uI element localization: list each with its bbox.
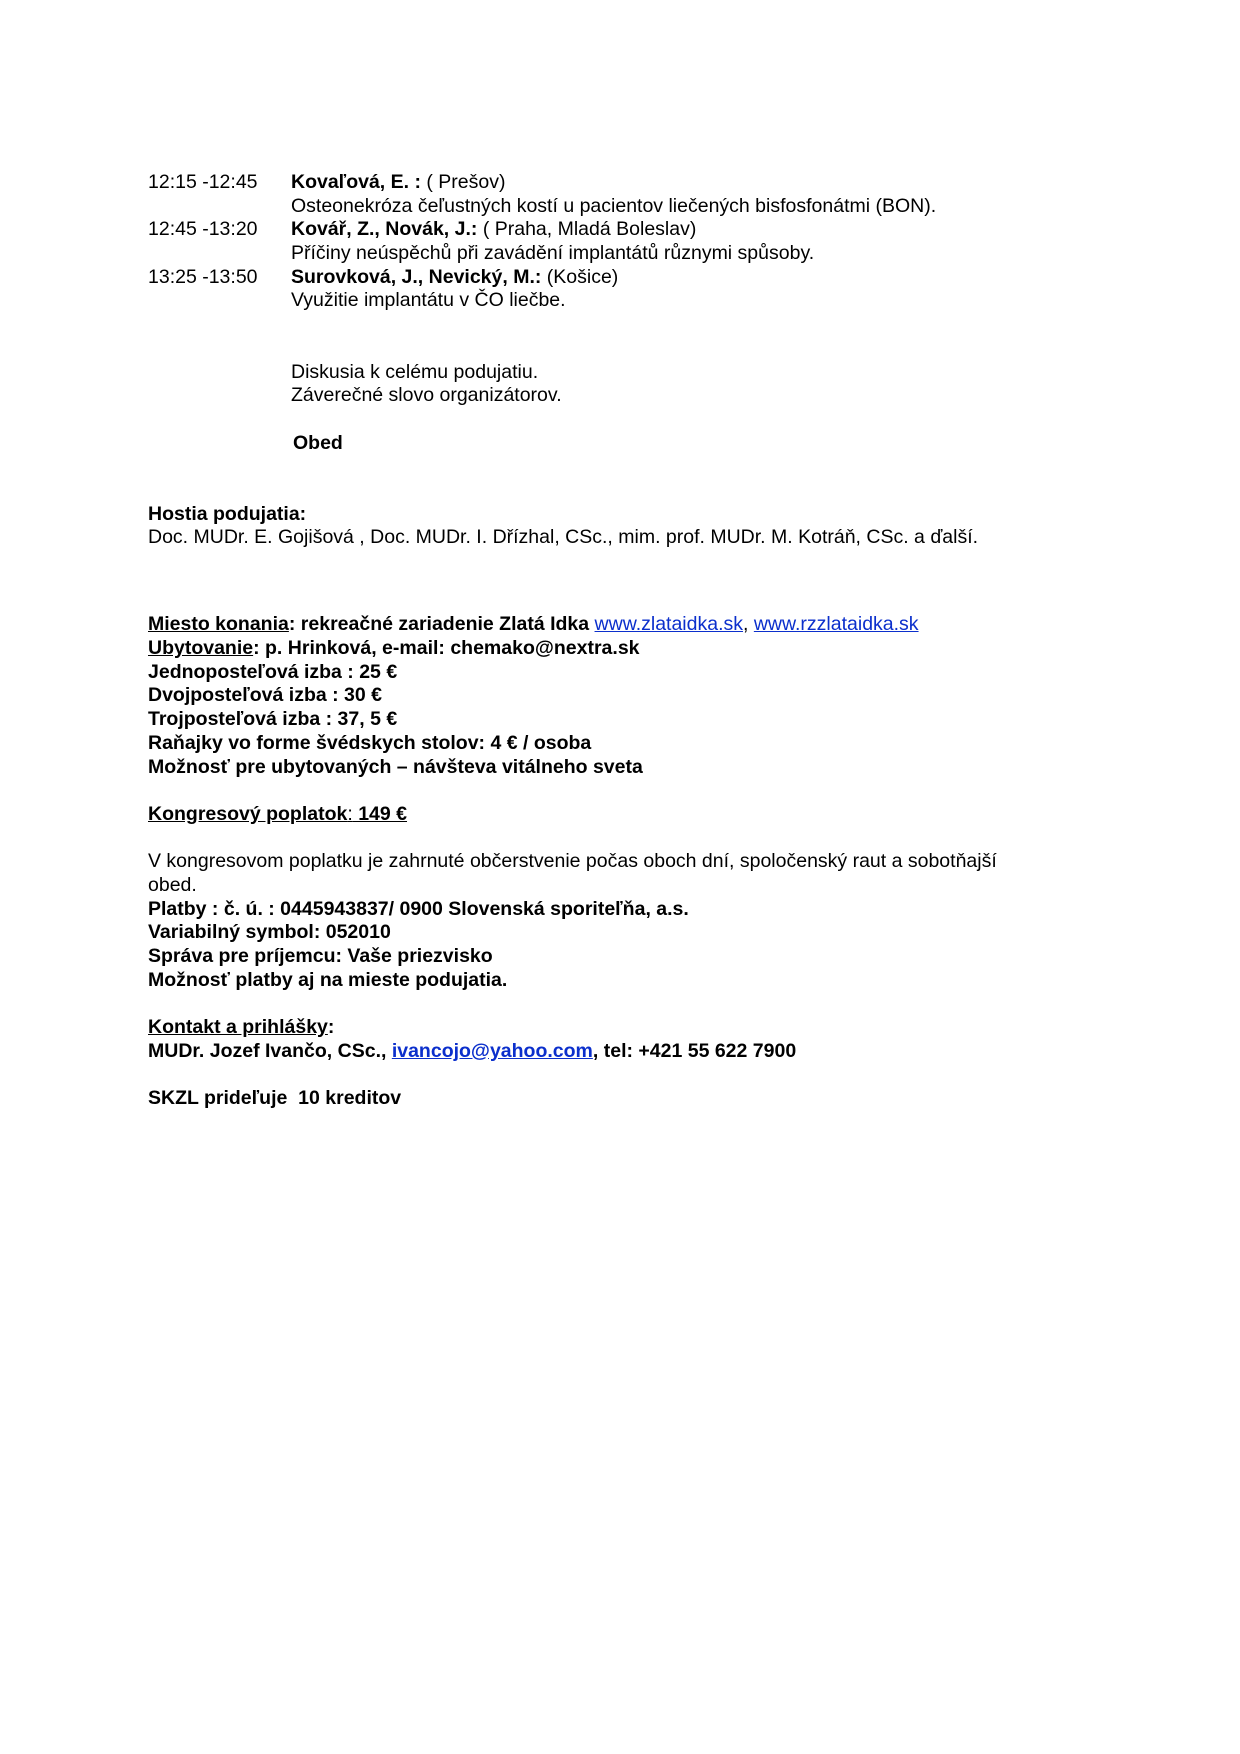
schedule-title: Osteonekróza čeľustných kostí u paciento… (148, 195, 1108, 219)
final-word-text: Záverečné slovo organizátorov. (148, 384, 1108, 408)
breakfast-price: Raňajky vo forme švédskych stolov: 4 € /… (148, 732, 1108, 756)
guests-names: Doc. MUDr. E. Gojišová , Doc. MUDr. I. D… (148, 526, 1108, 550)
payment-onsite: Možnosť platby aj na mieste podujatia. (148, 969, 1108, 993)
schedule-time: 12:15 -12:45 (148, 171, 291, 195)
schedule-item: 13:25 -13:50 Surovková, J., Nevický, M.:… (148, 266, 1108, 313)
fee-note-line1: V kongresovom poplatku je zahrnuté občer… (148, 850, 1108, 874)
fee-value: 149 € (353, 803, 407, 825)
wellness-option: Možnosť pre ubytovaných – návšteva vitál… (148, 756, 1108, 780)
contact-colon: : (328, 1016, 335, 1038)
schedule-title: Příčiny neúspěchů při zavádění implantát… (148, 242, 1108, 266)
venue-line: Miesto konania: rekreačné zariadenie Zla… (148, 613, 1108, 637)
payment-variable-symbol: Variabilný symbol: 052010 (148, 921, 1108, 945)
accommodation-line: Ubytovanie: p. Hrinková, e-mail: chemako… (148, 637, 1108, 661)
venue-text: : rekreačné zariadenie Zlatá Idka (289, 613, 595, 635)
accommodation-text: : p. Hrinková, e-mail: chemako@nextra.sk (253, 637, 639, 659)
contact-line: MUDr. Jozef Ivančo, CSc., ivancojo@yahoo… (148, 1040, 1108, 1064)
schedule-authors: Kovaľová, E. : (291, 171, 421, 193)
payment-account: Platby : č. ú. : 0445943837/ 0900 Sloven… (148, 898, 1108, 922)
room-price-single: Jednoposteľová izba : 25 € (148, 661, 1108, 685)
schedule-place: ( Praha, Mladá Boleslav) (477, 218, 696, 240)
schedule-place: ( Prešov) (421, 171, 506, 193)
discussion-text: Diskusia k celému podujatiu. (148, 361, 1108, 385)
venue-link-rzzlataidka[interactable]: www.rzzlataidka.sk (754, 613, 919, 635)
contact-email-link[interactable]: ivancojo@yahoo.com (392, 1040, 593, 1062)
schedule-time: 13:25 -13:50 (148, 266, 291, 290)
credits-text: SKZL prideľuje 10 kreditov (148, 1087, 1108, 1111)
payment-message: Správa pre príjemcu: Vaše priezvisko (148, 945, 1108, 969)
venue-link-zlataidka[interactable]: www.zlataidka.sk (595, 613, 743, 635)
room-price-triple: Trojposteľová izba : 37, 5 € (148, 708, 1108, 732)
fee-line: Kongresový poplatok: 149 € (148, 803, 1108, 827)
schedule-time: 12:45 -13:20 (148, 218, 291, 242)
room-price-double: Dvojposteľová izba : 30 € (148, 684, 1108, 708)
document-page: 12:15 -12:45 Kovaľová, E. : ( Prešov) Os… (148, 171, 1108, 1111)
contact-name: MUDr. Jozef Ivančo, CSc., (148, 1040, 392, 1062)
schedule-item: 12:45 -13:20 Kovář, Z., Novák, J.: ( Pra… (148, 218, 1108, 265)
fee-note-line2: obed. (148, 874, 1108, 898)
schedule-authors: Surovková, J., Nevický, M.: (291, 266, 541, 288)
contact-phone: , tel: +421 55 622 7900 (593, 1040, 796, 1062)
venue-separator: , (743, 613, 754, 635)
guests-heading: Hostia podujatia: (148, 503, 1108, 527)
schedule-authors: Kovář, Z., Novák, J.: (291, 218, 477, 240)
lunch-label: Obed (148, 432, 1108, 456)
contact-label: Kontakt a prihlášky (148, 1016, 328, 1038)
contact-heading: Kontakt a prihlášky: (148, 1016, 1108, 1040)
schedule-title: Využitie implantátu v ČO liečbe. (148, 289, 1108, 313)
schedule-item: 12:15 -12:45 Kovaľová, E. : ( Prešov) Os… (148, 171, 1108, 218)
venue-label: Miesto konania (148, 613, 289, 635)
fee-label: Kongresový poplatok (148, 803, 347, 825)
schedule-place: (Košice) (541, 266, 618, 288)
accommodation-label: Ubytovanie (148, 637, 253, 659)
